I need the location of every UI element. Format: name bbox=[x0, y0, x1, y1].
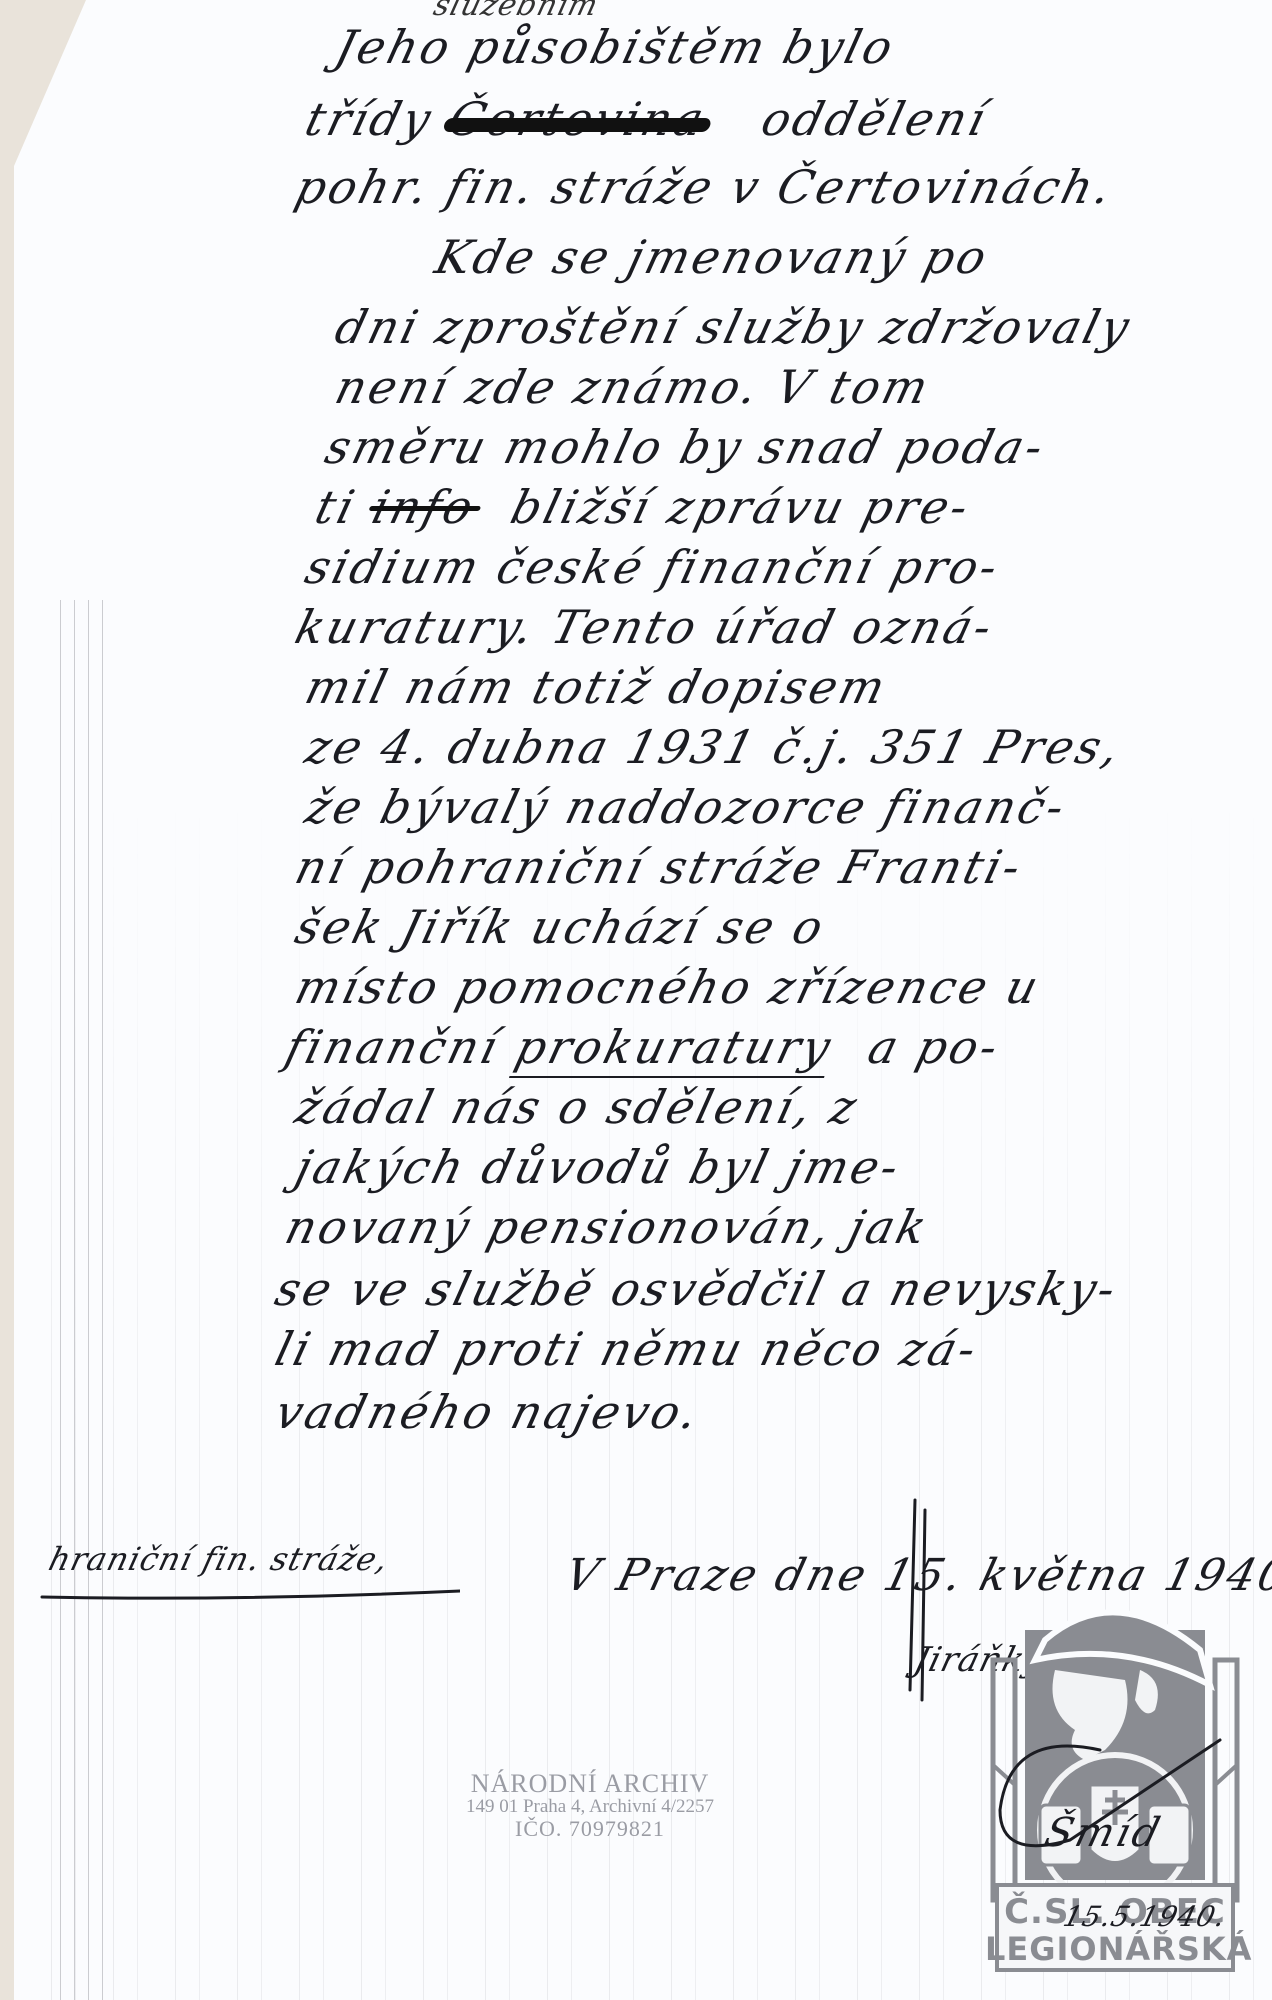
letter-line-17: finanční prokuratury a po- bbox=[280, 1020, 1006, 1074]
letter-line-10: kuratury. Tento úřad ozná- bbox=[290, 600, 1000, 654]
letter-line-6: není zde známo. V tom bbox=[330, 360, 936, 414]
letter-line-20: novaný pensionován, jak bbox=[280, 1200, 935, 1254]
letter-line-5: dni zproštění služby zdržovaly bbox=[330, 300, 1137, 354]
letter-line-22: li mad proti němu něco zá- bbox=[270, 1322, 984, 1376]
letter-line-4: Kde se jmenovaný po bbox=[430, 230, 995, 284]
letter-line-8: ti info bližší zprávu pre- bbox=[310, 480, 977, 534]
logo-caption-line2: LEGIONÁŘSKÁ bbox=[985, 1930, 1245, 1968]
archive-stamp: NÁRODNÍ ARCHIV 149 01 Praha 4, Archivní … bbox=[440, 1770, 740, 1840]
letter-line-2: třídy Čertovina oddělení bbox=[300, 92, 994, 146]
struck-word: info bbox=[367, 480, 482, 534]
letter-line-15: šek Jiřík uchází se o bbox=[290, 900, 831, 954]
letter-line-19: jakých důvodů byl jme- bbox=[290, 1140, 907, 1194]
signature-flourish bbox=[870, 1490, 990, 1710]
closing-left: hraniční fin. stráže, bbox=[45, 1540, 393, 1578]
struck-word: Čertovina bbox=[443, 92, 712, 146]
letter-line-13: že bývalý naddozorce finanč- bbox=[300, 780, 1073, 834]
letter-line-9: sidium české finanční pro- bbox=[300, 540, 1006, 594]
left-edge-streaks bbox=[54, 600, 104, 2000]
letter-line-1: Jeho působištěm bylo bbox=[330, 20, 901, 74]
letter-line-12: ze 4. dubna 1931 č.j. 351 Pres, bbox=[300, 720, 1128, 774]
letter-line-16: místo pomocného zřízence u bbox=[290, 960, 1046, 1014]
letter-line-21: se ve službě osvědčil a nevysky- bbox=[270, 1262, 1124, 1316]
letter-line-3: pohr. fin. stráže v Čertovinách. bbox=[290, 160, 1120, 214]
letter-line-14: ní pohraniční stráže Franti- bbox=[290, 840, 1029, 894]
closing-underline bbox=[40, 1585, 460, 1605]
date-annotation: 15.5.1940. bbox=[1060, 1900, 1230, 1933]
letter-line-11: mil nám totiž dopisem bbox=[300, 660, 893, 714]
letter-line-18: žádal nás o sdělení, z bbox=[290, 1080, 865, 1134]
letter-line-23: vadného najevo. bbox=[270, 1385, 706, 1439]
underlined-word: prokuratury bbox=[509, 1020, 839, 1078]
letter-line-7: směru mohlo by snad poda- bbox=[320, 420, 1051, 474]
